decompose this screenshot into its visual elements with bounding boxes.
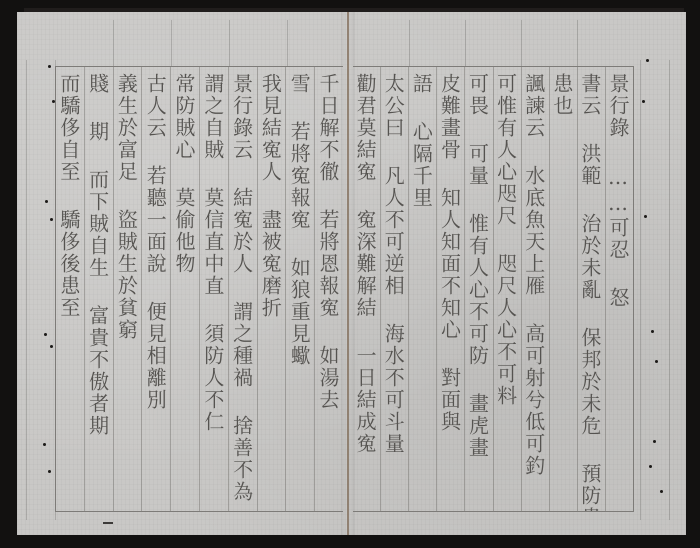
text-column: 書云 洪範 治於未亂 保邦於未危 預防患 <box>577 67 605 511</box>
main-text: 書云 洪範 治於未亂 保邦於未危 預防患 <box>578 73 602 511</box>
text-column: 而驕侈自至 驕侈後患至 <box>56 67 84 511</box>
text-column: 賤 期 而下賊自生 富貴不傲者期 <box>84 67 113 511</box>
left-outer-margin <box>26 60 56 520</box>
main-text: 我見結寃人 盡被寃磨折 <box>258 73 282 319</box>
text-column: 皮難畫骨 知人知面不知心 對面與 <box>436 67 464 511</box>
left-page-header-band <box>55 20 343 67</box>
text-column: 勸君莫結寃 寃深難解結 一日結成寃 <box>353 67 380 511</box>
ink-speck <box>649 465 652 468</box>
text-column: 古人云 若聽一面說 便見相離別 <box>141 67 170 511</box>
ink-speck <box>43 443 46 446</box>
ink-speck <box>651 330 654 333</box>
main-text: 語 心隔千里 <box>409 73 433 209</box>
main-text: 而驕侈自至 驕侈後患至 <box>57 73 81 319</box>
ink-speck <box>52 100 55 103</box>
ink-speck <box>50 345 53 348</box>
main-text: 古人云 若聽一面說 便見相離別 <box>143 73 167 411</box>
ink-speck <box>48 65 51 68</box>
text-column: 千日解不徹 若將恩報寃 如湯去 <box>314 67 343 511</box>
main-text: 常防賊心 莫偷他物 <box>172 73 196 275</box>
right-page-columns: 景行錄 ……可忍 怒 書云 洪範 治於未亂 保邦於未危 預防患 患也 諷諫云 水… <box>353 67 633 511</box>
text-column: 我見結寃人 盡被寃磨折 <box>257 67 286 511</box>
right-page-header-band <box>353 20 634 67</box>
text-column: 景行錄云 結寃於人 謂之種禍 捨善不為 <box>228 67 257 511</box>
main-text: 謂之自賊 莫信直中直 須防人不仁 <box>201 73 225 433</box>
ink-speck <box>45 200 48 203</box>
main-text: 可畏 可量 惟有人心不可防 畫虎畫 <box>466 73 490 459</box>
ink-speck <box>646 59 649 62</box>
text-column: 可畏 可量 惟有人心不可防 畫虎畫 <box>464 67 492 511</box>
text-column: 患也 <box>549 67 577 511</box>
ink-speck <box>644 215 647 218</box>
text-column: 諷諫云 水底魚天上雁 高可射兮低可釣 <box>521 67 549 511</box>
ink-speck <box>653 440 656 443</box>
main-text: 可惟有人心咫尺 咫尺人心不可料 <box>494 73 518 407</box>
ink-speck <box>660 490 663 493</box>
main-text: 太公曰 凡人不可逆相 海水不可斗量 <box>381 73 405 455</box>
text-column: 景行錄 ……可忍 怒 <box>605 67 633 511</box>
text-column: 義生於富足 盜賊生於貧窮 <box>113 67 142 511</box>
left-page-text-frame: 千日解不徹 若將恩報寃 如湯去 雪 若將寃報寃 如狼重見蠍 我見結寃人 盡被寃磨… <box>55 66 343 512</box>
text-column: 常防賊心 莫偷他物 <box>170 67 199 511</box>
main-text: 皮難畫骨 知人知面不知心 對面與 <box>437 73 461 433</box>
scanned-book-spread: 景行錄 ……可忍 怒 書云 洪範 治於未亂 保邦於未危 預防患 患也 諷諫云 水… <box>0 0 700 548</box>
center-fold-line <box>347 12 349 535</box>
main-text: 勸君莫結寃 寃深難解結 一日結成寃 <box>353 73 377 455</box>
main-text: 景行錄云 結寃於人 謂之種禍 捨善不為 <box>230 73 254 503</box>
text-column: 語 心隔千里 <box>408 67 436 511</box>
ink-speck <box>44 333 47 336</box>
text-column: 雪 若將寃報寃 如狼重見蠍 <box>285 67 314 511</box>
bottom-margin-mark <box>103 522 113 524</box>
ink-speck <box>48 470 51 473</box>
ink-speck <box>655 360 658 363</box>
main-text: 雪 若將寃報寃 如狼重見蠍 <box>287 73 311 367</box>
text-column: 謂之自賊 莫信直中直 須防人不仁 <box>199 67 228 511</box>
ink-speck <box>642 100 645 103</box>
main-text: 景行錄 ……可忍 怒 <box>606 73 630 309</box>
main-text: 患也 <box>550 73 574 117</box>
right-outer-margin <box>640 60 670 520</box>
main-text: 諷諫云 水底魚天上雁 高可射兮低可釣 <box>522 73 546 477</box>
ink-speck <box>50 218 53 221</box>
left-page-columns: 千日解不徹 若將恩報寃 如湯去 雪 若將寃報寃 如狼重見蠍 我見結寃人 盡被寃磨… <box>56 67 343 511</box>
main-text: 義生於富足 盜賊生於貧窮 <box>114 73 138 341</box>
right-page-text-frame: 景行錄 ……可忍 怒 書云 洪範 治於未亂 保邦於未危 預防患 患也 諷諫云 水… <box>353 66 634 512</box>
main-text: 千日解不徹 若將恩報寃 如湯去 <box>316 73 340 411</box>
text-column: 太公曰 凡人不可逆相 海水不可斗量 <box>380 67 408 511</box>
main-text: 賤 期 而下賊自生 富貴不傲者期 <box>86 73 110 437</box>
text-column: 可惟有人心咫尺 咫尺人心不可料 <box>493 67 521 511</box>
